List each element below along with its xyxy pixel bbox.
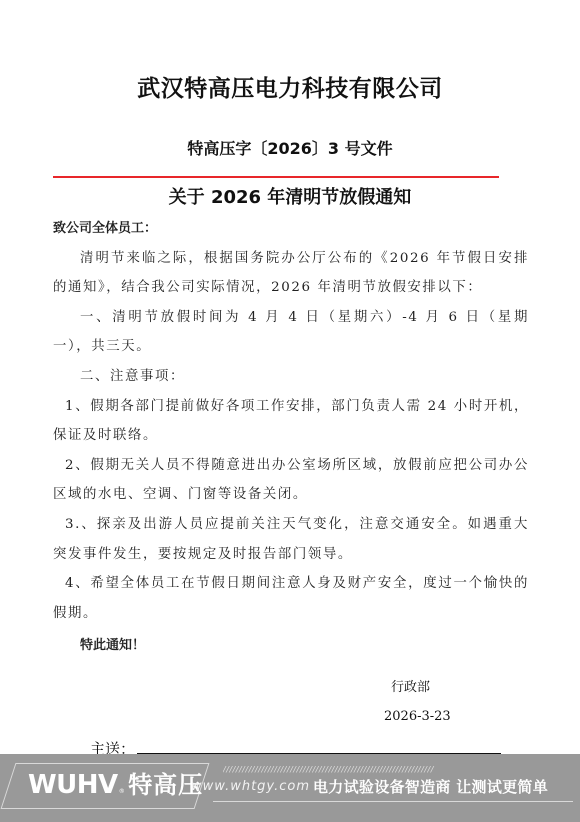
website-url: www.whtgy.com bbox=[191, 779, 310, 794]
intro-paragraph: 清明节来临之际，根据国务院办公厅公布的《2026 年节假日安排的通知》，结合我公… bbox=[53, 244, 529, 303]
note-item-2: 2、假期无关人员不得随意进出办公室场所区域，放假前应把公司办公区域的水电、空调、… bbox=[53, 451, 529, 510]
notice-title: 关于 2026 年清明节放假通知 bbox=[0, 183, 580, 209]
issue-date: 2026-3-23 bbox=[384, 709, 451, 724]
note-item-4: 4、希望全体员工在节假日期间注意人身及财产安全，度过一个愉快的假期。 bbox=[53, 569, 529, 628]
brand-tagline: 电力试验设备智造商 让测试更简单 bbox=[313, 776, 548, 797]
brand-footer-banner: WUHV®特高压 ///////////////////////////////… bbox=[0, 754, 580, 822]
document-number: 特高压字〔2026〕3 号文件 bbox=[0, 136, 580, 159]
tagline-underline bbox=[213, 801, 573, 802]
salutation: 致公司全体员工： bbox=[53, 214, 529, 244]
registered-mark-icon: ® bbox=[119, 788, 125, 795]
note-item-1: 1、假期各部门提前做好各项工作安排，部门负责人需 24 小时开机，保证及时联络。 bbox=[53, 392, 529, 451]
issuing-department: 行政部 bbox=[391, 676, 430, 695]
company-name: 武汉特高压电力科技有限公司 bbox=[0, 70, 580, 103]
notes-heading: 二、注意事项： bbox=[53, 362, 529, 392]
holiday-period-paragraph: 一、清明节放假时间为 4 月 4 日（星期六）-4 月 6 日（星期一），共三天… bbox=[53, 303, 529, 362]
brand-logo: WUHV®特高压 bbox=[28, 768, 203, 809]
notice-body: 致公司全体员工： 清明节来临之际，根据国务院办公厅公布的《2026 年节假日安排… bbox=[53, 214, 529, 661]
note-item-3: 3.、探亲及出游人员应提前关注天气变化，注意交通安全。如遇重大突发事件发生，要按… bbox=[53, 510, 529, 569]
closing-line: 特此通知！ bbox=[53, 631, 529, 661]
red-header-divider bbox=[53, 176, 499, 178]
logo-wordmark: WUHV bbox=[28, 770, 118, 800]
decorative-slash-pattern: ////////////////////////////////////////… bbox=[223, 766, 573, 774]
